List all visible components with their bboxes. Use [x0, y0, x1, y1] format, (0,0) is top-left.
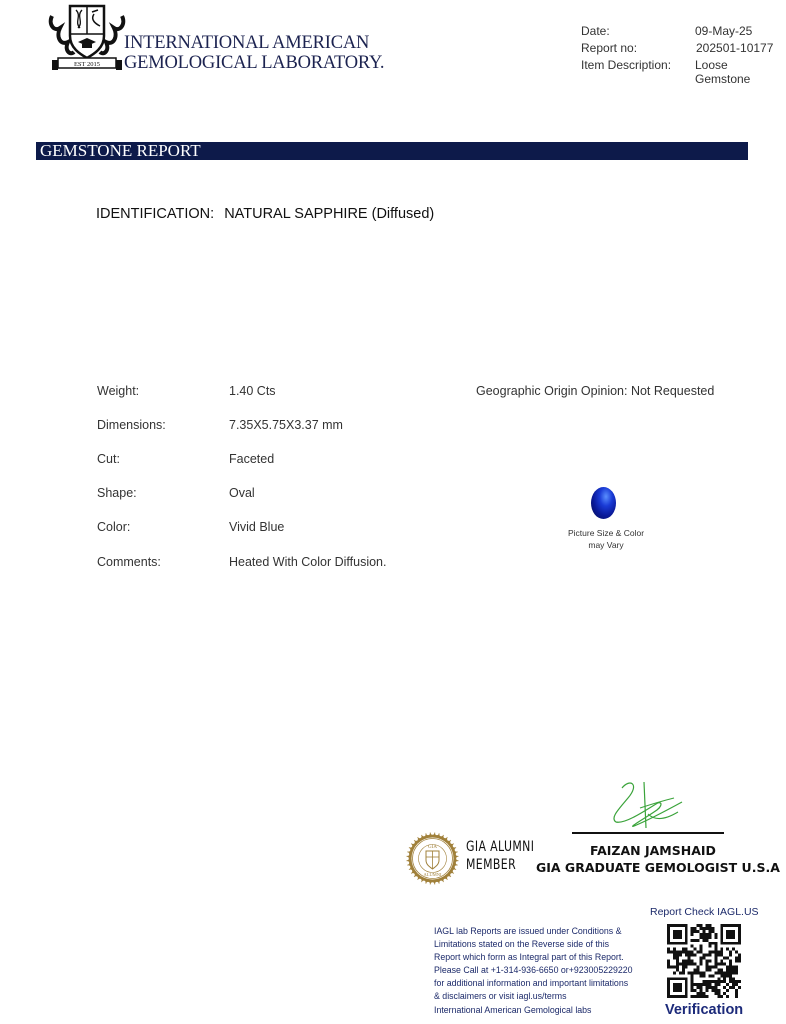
svg-text:GIA: GIA — [428, 845, 437, 850]
geographic-origin: Geographic Origin Opinion: Not Requested — [476, 384, 714, 398]
cut-label: Cut: — [97, 452, 120, 466]
gem-caption-line1: Picture Size & Color — [556, 527, 656, 539]
comments-value: Heated With Color Diffusion. — [229, 555, 386, 569]
comments-label: Comments: — [97, 555, 161, 569]
dimensions-value: 7.35X5.75X3.37 mm — [229, 418, 343, 432]
svg-text:EST 2015: EST 2015 — [74, 61, 100, 68]
date-label: Date: — [581, 24, 610, 38]
item-description-label: Item Description: — [581, 58, 671, 72]
report-title: GEMSTONE REPORT — [40, 141, 201, 161]
lab-crest-logo-icon: EST 2015 — [48, 2, 126, 72]
identification: IDENTIFICATION: NATURAL SAPPHIRE (Diffus… — [96, 206, 434, 222]
date-value: 09-May-25 — [695, 24, 752, 38]
signer-name: FAIZAN JAMSHAID — [590, 843, 716, 858]
disclaimer-line: IAGL lab Reports are issued under Condit… — [434, 925, 659, 938]
report-no-label: Report no: — [581, 41, 637, 55]
disclaimer-line: for additional information and important… — [434, 977, 659, 990]
svg-text:ALUMNI: ALUMNI — [424, 872, 442, 877]
gia-alumni-seal-icon: GIA ALUMNI — [405, 831, 460, 886]
dimensions-label: Dimensions: — [97, 418, 166, 432]
disclaimer-line: International American Gemological labs — [434, 1004, 659, 1017]
gia-alumni-line2: MEMBER — [466, 856, 534, 874]
item-description-value: Loose Gemstone — [695, 58, 786, 86]
signature-line — [572, 832, 724, 834]
color-value: Vivid Blue — [229, 520, 284, 534]
color-label: Color: — [97, 520, 130, 534]
report-no-value: 202501-10177 — [696, 41, 773, 55]
disclaimer-line: Report which form as Integral part of th… — [434, 951, 659, 964]
disclaimer-line: Please Call at +1-314-936-6650 or+923005… — [434, 964, 659, 977]
gem-caption-line2: may Vary — [556, 539, 656, 551]
shape-label: Shape: — [97, 486, 137, 500]
gem-caption: Picture Size & Color may Vary — [556, 527, 656, 551]
qr-code-icon[interactable] — [667, 924, 741, 998]
report-title-bar: GEMSTONE REPORT — [36, 142, 748, 160]
disclaimer-text: IAGL lab Reports are issued under Condit… — [434, 925, 659, 1017]
shape-value: Oval — [229, 486, 255, 500]
lab-name-line1: INTERNATIONAL AMERICAN — [124, 33, 384, 53]
lab-name-line2: GEMOLOGICAL LABORATORY. — [124, 53, 384, 73]
gia-alumni-member-text: GIA ALUMNI MEMBER — [466, 838, 534, 874]
lab-name: INTERNATIONAL AMERICAN GEMOLOGICAL LABOR… — [124, 33, 384, 73]
weight-label: Weight: — [97, 384, 139, 398]
identification-value: NATURAL SAPPHIRE (Diffused) — [224, 206, 434, 222]
signature-icon — [600, 778, 690, 833]
verification-label: Verification — [665, 1002, 743, 1018]
disclaimer-line: Limitations stated on the Reverse side o… — [434, 938, 659, 951]
gia-alumni-line1: GIA ALUMNI — [466, 838, 534, 856]
report-check-link[interactable]: Report Check IAGL.US — [650, 906, 759, 918]
sapphire-gem-icon — [591, 487, 616, 519]
cut-value: Faceted — [229, 452, 274, 466]
identification-label: IDENTIFICATION: — [96, 206, 214, 222]
weight-value: 1.40 Cts — [229, 384, 276, 398]
disclaimer-line: & disclaimers or visit iagl.us/terms — [434, 990, 659, 1003]
signer-title: GIA GRADUATE GEMOLOGIST U.S.A — [536, 860, 780, 875]
